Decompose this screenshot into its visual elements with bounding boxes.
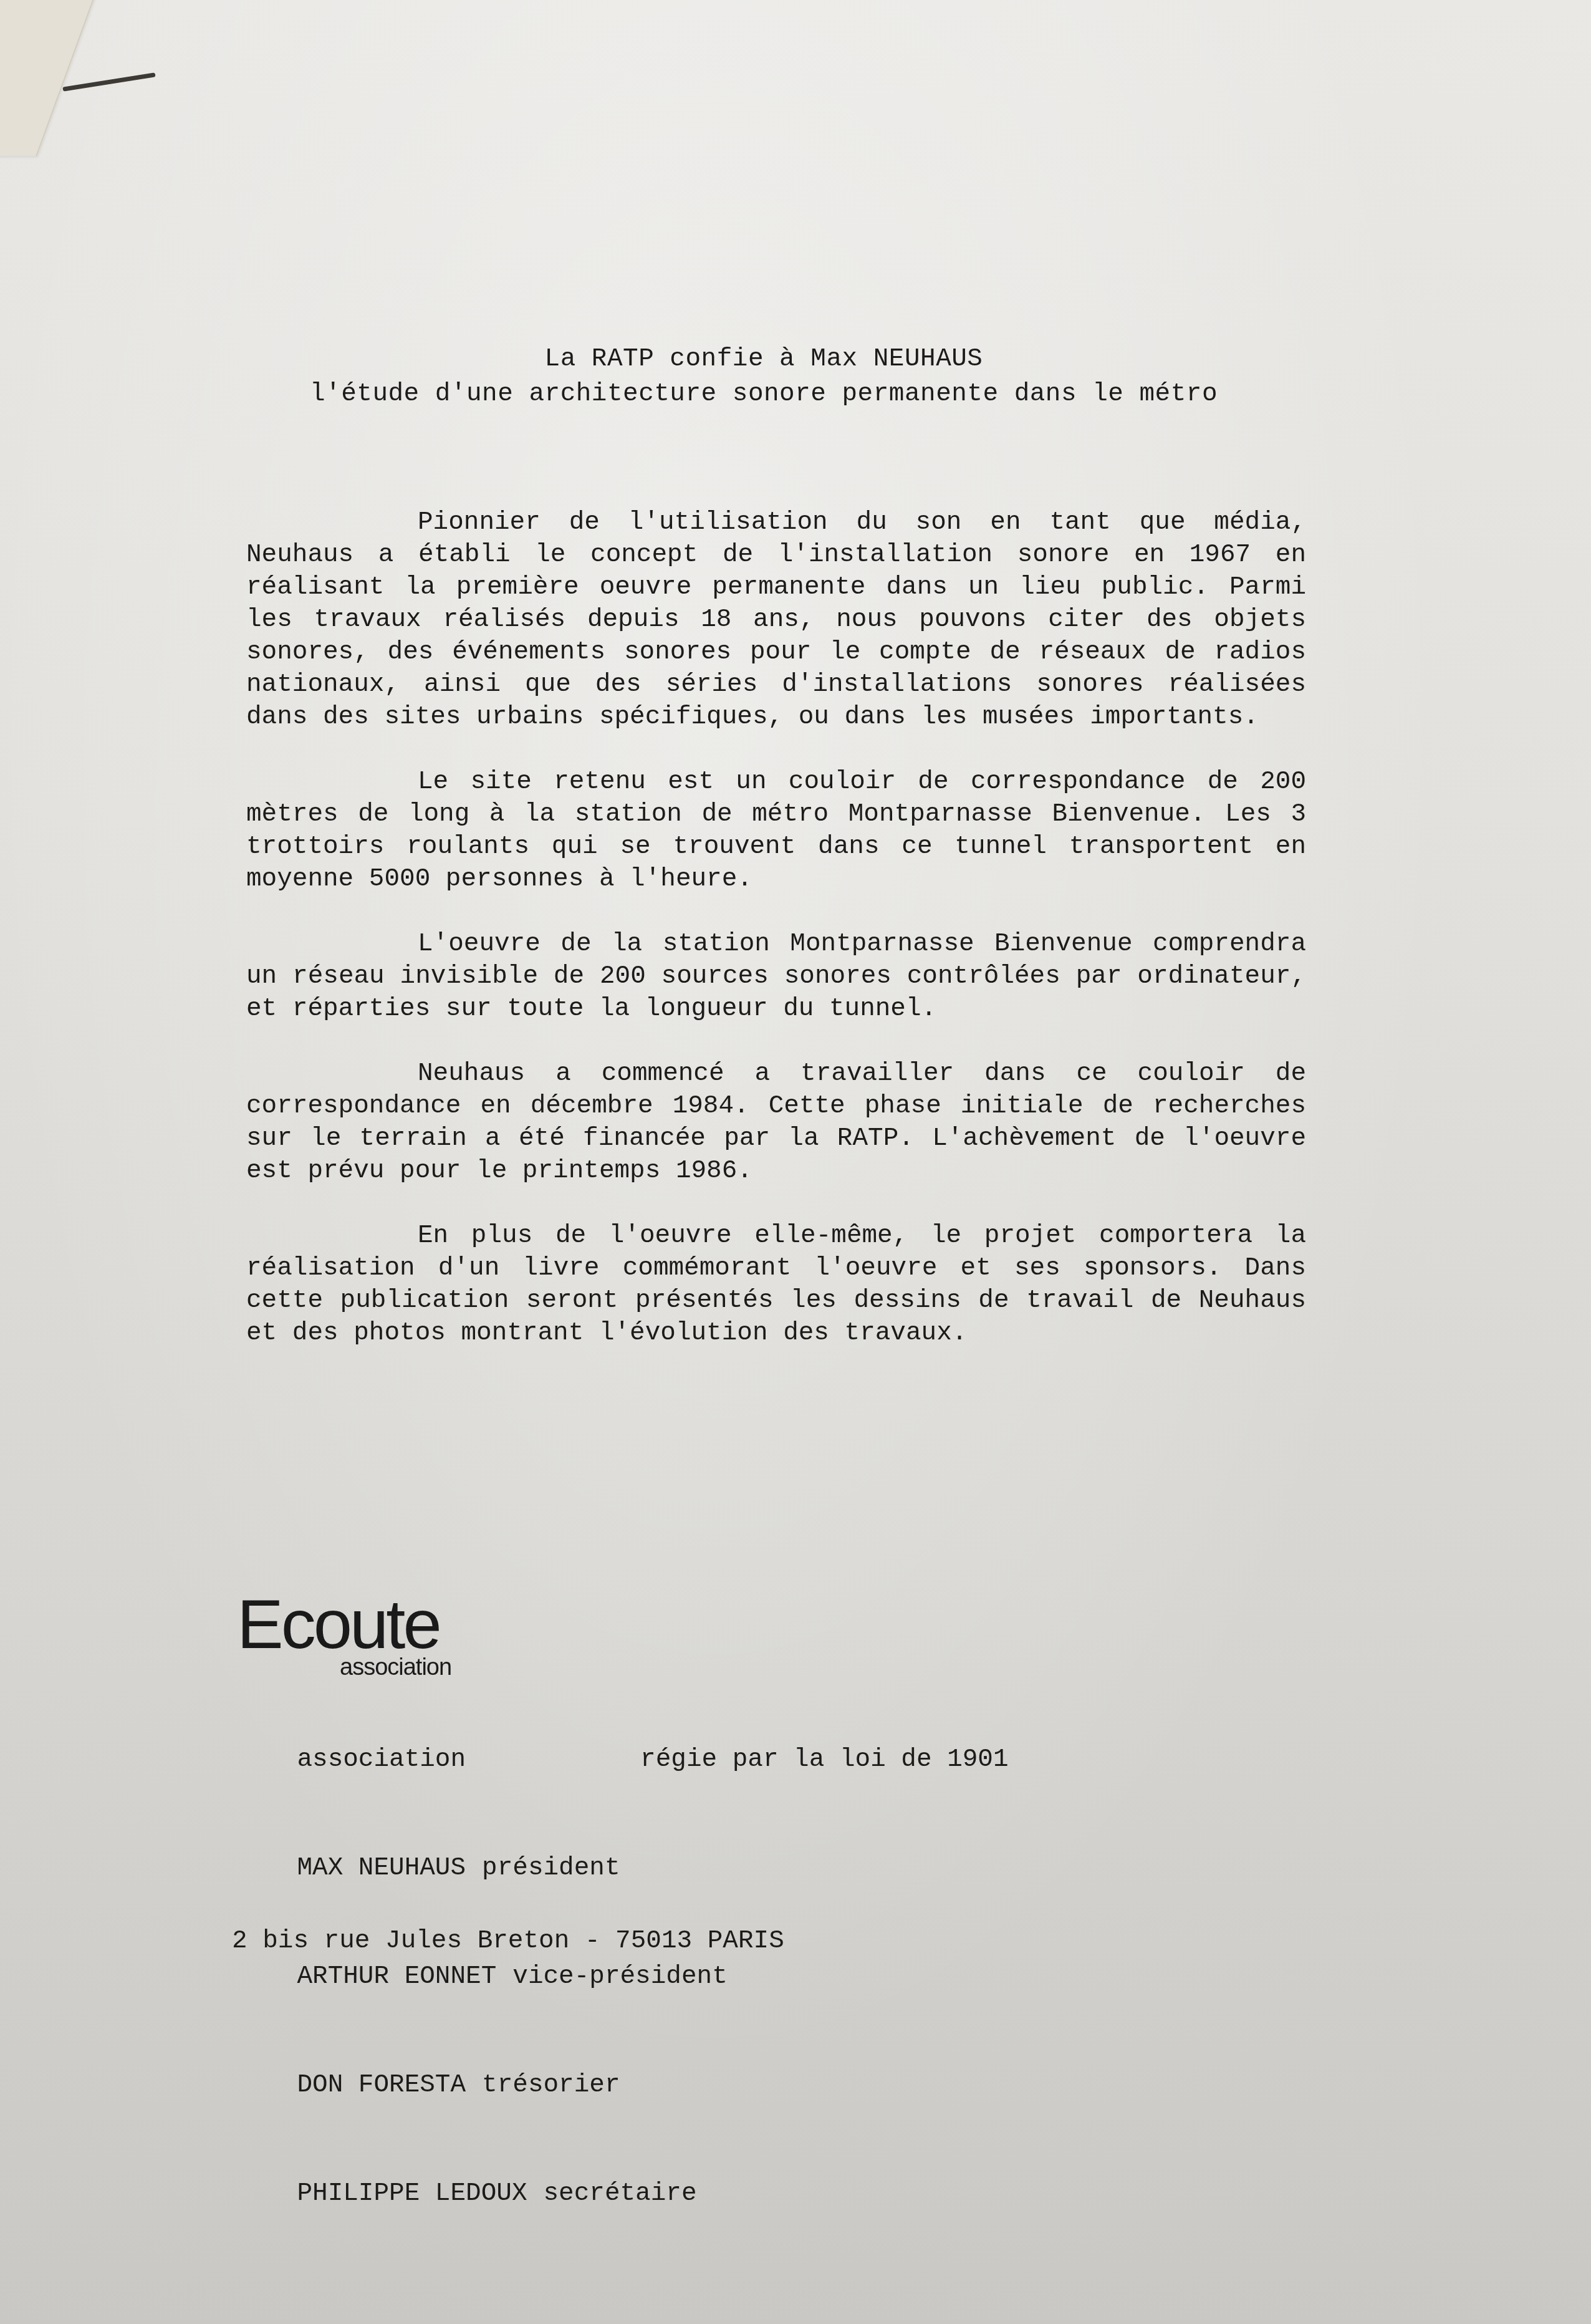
paragraph-site: Le site retenu est un couloir de corresp… — [246, 766, 1306, 895]
officer-row: MAX NEUHAUSprésident — [236, 1814, 1009, 1922]
paragraph-timeline: Neuhaus a commencé a travailler dans ce … — [246, 1058, 1306, 1187]
officer-name: PHILIPPE LEDOUX — [297, 2176, 527, 2212]
officer-name: DON FORESTA — [297, 2067, 466, 2103]
ecoute-logo: Ecoute association — [237, 1593, 451, 1679]
document-title: La RATP confie à Max NEUHAUS l'étude d'u… — [0, 342, 1527, 412]
officer-role: président — [482, 1854, 620, 1883]
staple — [62, 72, 155, 91]
title-line-1: La RATP confie à Max NEUHAUS — [0, 342, 1527, 377]
officer-row: PHILIPPE LEDOUXsecrétaire — [236, 2139, 1009, 2248]
postal-address: 2 bis rue Jules Breton - 75013 PARIS — [232, 1924, 784, 1959]
officer-name: MAX NEUHAUS — [297, 1850, 466, 1886]
association-info: associationrégie par la loi de 1901 MAX … — [236, 1705, 1009, 2248]
paragraph-pioneer: Pionnier de l'utilisation du son en tant… — [246, 506, 1306, 733]
association-status: associationrégie par la loi de 1901 — [236, 1705, 1009, 1814]
paragraph-publication: En plus de l'oeuvre elle-même, le projet… — [246, 1220, 1306, 1349]
officer-name: ARTHUR EONNET — [297, 1959, 496, 1995]
logo-wordmark: Ecoute — [237, 1593, 451, 1656]
title-line-2: l'étude d'une architecture sonore perman… — [0, 377, 1527, 412]
officer-role: trésorier — [482, 2071, 620, 2100]
status-text: régie par la loi de 1901 — [640, 1745, 1009, 1774]
paragraph-work: L'oeuvre de la station Montparnasse Bien… — [246, 928, 1306, 1025]
logo-subtitle: association — [340, 1656, 451, 1679]
officer-role: secrétaire — [543, 2179, 696, 2208]
officer-row: DON FORESTAtrésorier — [236, 2031, 1009, 2139]
document-body: Pionnier de l'utilisation du son en tant… — [246, 506, 1306, 1382]
status-label: association — [297, 1742, 466, 1778]
officer-role: vice-président — [512, 1962, 727, 1991]
underlying-sheet-corner — [0, 0, 103, 156]
